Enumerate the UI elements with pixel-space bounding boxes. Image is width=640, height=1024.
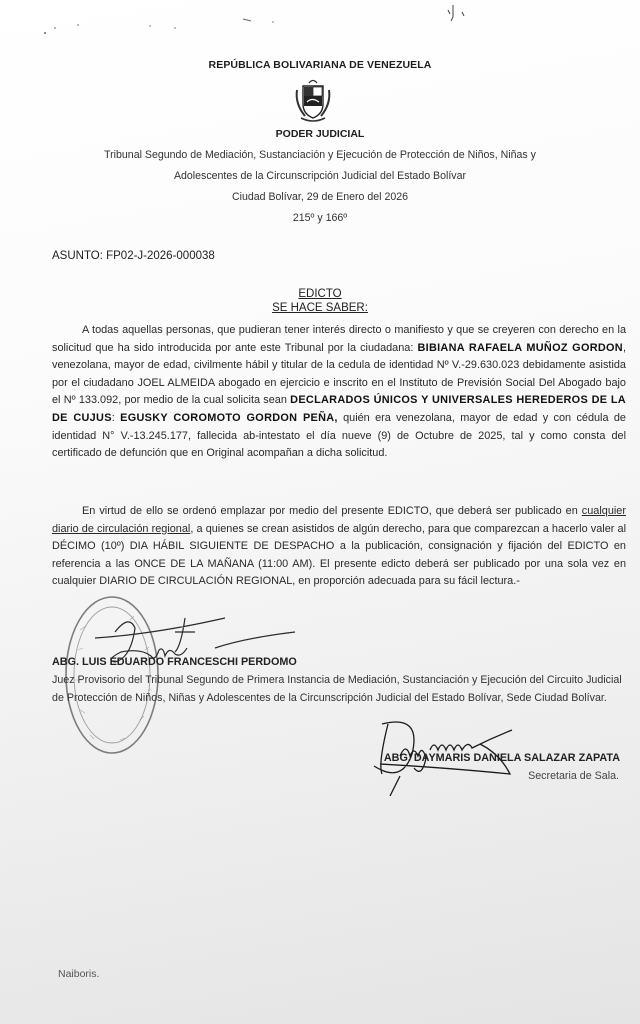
country-heading: REPÚBLICA BOLIVARIANA DE VENEZUELA: [0, 59, 640, 71]
petitioner-name: BIBIANA RAFAELA MUÑOZ GORDON: [417, 342, 623, 354]
secretary-name: ABG. DAYMARIS DANIELA SALAZAR ZAPATA: [384, 752, 620, 764]
document-subtitle: SE HACE SABER:: [0, 302, 640, 314]
court-name-line1: Tribunal Segundo de Mediación, Sustancia…: [0, 149, 640, 161]
text-segment: :: [112, 412, 120, 424]
body-paragraph-2: En virtud de ello se ordenó emplazar por…: [52, 503, 626, 591]
secretary-signature: [360, 706, 550, 796]
secretary-title: Secretaria de Sala.: [528, 770, 619, 782]
deceased-name: EGUSKY COROMOTO GORDON PEÑA,: [120, 412, 338, 424]
document-title: EDICTO: [0, 288, 640, 300]
institution-heading: PODER JUDICIAL: [0, 128, 640, 140]
document-page: REPÚBLICA BOLIVARIANA DE VENEZUELA PODER…: [0, 0, 640, 1024]
body-paragraph-1: A todas aquellas personas, que pudieran …: [52, 322, 626, 463]
venezuela-coat-of-arms-icon: [293, 78, 333, 126]
place-date: Ciudad Bolívar, 29 de Enero del 2026: [0, 191, 640, 203]
years-line: 215º y 166º: [0, 212, 640, 224]
case-number: ASUNTO: FP02-J-2026-000038: [52, 250, 215, 262]
court-name-line2: Adolescentes de la Circunscripción Judic…: [0, 170, 640, 182]
judge-title: Juez Provisorio del Tribunal Segundo de …: [52, 672, 626, 707]
judge-name: ABG. LUIS EDUARDO FRANCESCHI PERDOMO: [52, 656, 297, 668]
text-segment: En virtud de ello se ordenó emplazar por…: [82, 505, 582, 517]
typist-initials: Naiboris.: [58, 968, 99, 980]
scan-marks: [0, 0, 640, 40]
